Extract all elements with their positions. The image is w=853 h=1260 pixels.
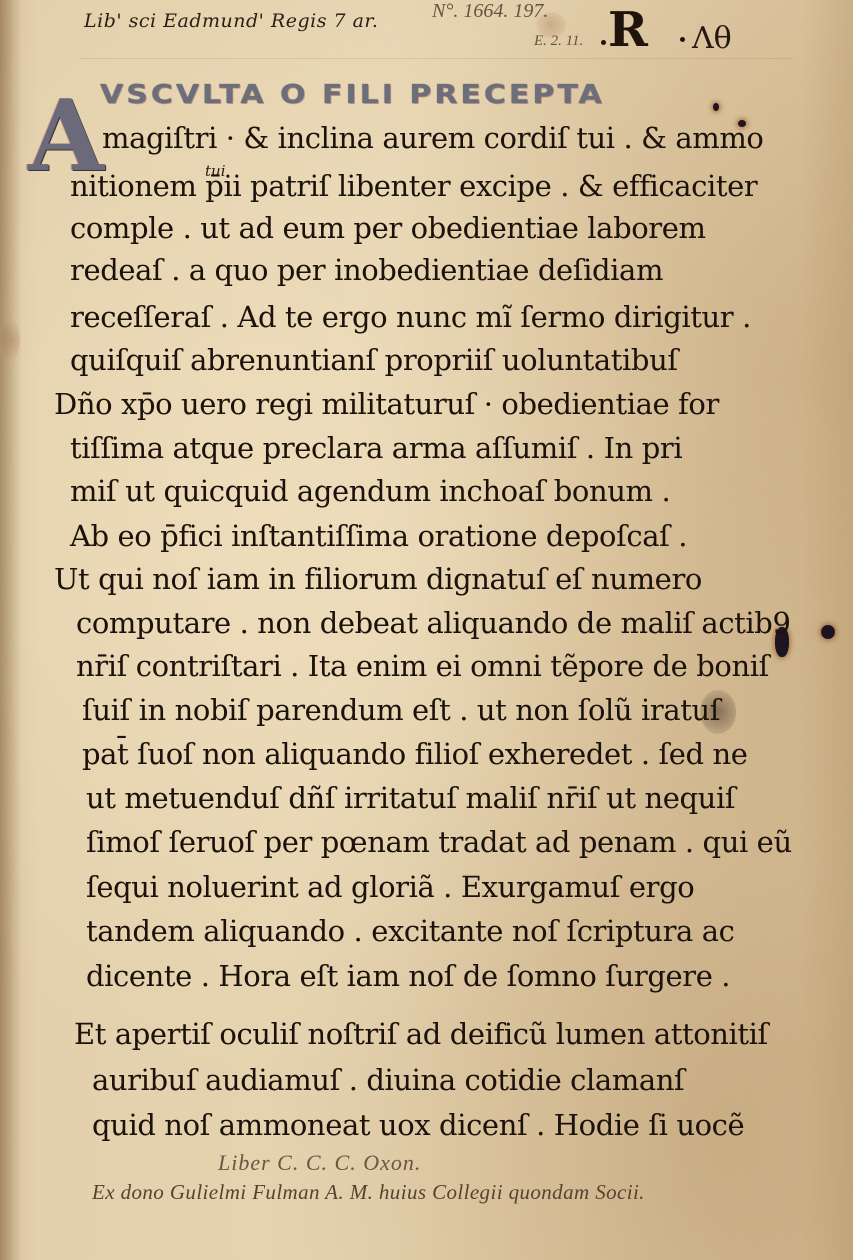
text-line: magiſtri · & inclina aurem cordiſ tui . … [102,124,763,153]
text-line: computare . non debeat aliquando de mali… [76,609,791,638]
text-line: miſ ut quicquid agendum inchoaſ bonum . [70,477,670,506]
text-line: Dño xp̄o uero regi militaturuſ · obedien… [54,390,719,419]
shelfmark-letter: R [608,6,648,54]
text-line: ut metuenduſ dñſ irritatuſ maliſ nr̄iſ u… [86,784,735,813]
text-line: quiſquiſ abrenuntianſ propriiſ uoluntati… [70,346,678,375]
text-line: ſequi noluerint ad gloriã . Exurgamuſ er… [86,873,694,902]
text-line: nitionem p̄ii patriſ libenter excipe . &… [70,172,757,201]
text-line: quid noſ ammoneat uox dicenſ . Hodie ſi … [92,1111,744,1140]
text-line: dicente . Hora eſt iam noſ de ſomno ſurg… [86,962,730,991]
punctus-dot [601,40,606,45]
gutter-shadow [0,0,22,1260]
shelfmark-number: Λθ [692,24,732,54]
ink-blot [821,625,835,639]
top-ruling-line [80,58,793,59]
manuscript-folio: Lib' sci Eadmund' Regis 7 ar. N°. 1664. … [0,0,853,1260]
text-line: ſimoſ ſeruoſ per pœnam tradat ad penam .… [86,828,792,857]
text-line: ſuiſ in nobiſ parendum eſt . ut non ſolũ… [82,696,720,725]
text-line: tiſſima atque preclara arma aſſumiſ . In… [70,434,682,463]
ex-libris-heading: Lib' sci Eadmund' Regis 7 ar. [84,10,378,32]
text-line: tandem aliquando . excitante noſ ſcriptu… [86,917,734,946]
stain [2,320,20,360]
text-line: Ab eo p̄fici inſtantiſſima oratione depo… [70,522,687,551]
text-line: receſſeraſ . Ad te ergo nunc mĩ ſermo di… [70,303,751,332]
ownership-note-line1: Liber C. C. C. Oxon. [218,1150,421,1176]
text-line: redeaſ . a quo per inobedientiae deſidia… [70,256,663,285]
text-line: nr̄iſ contriſtari . Ita enim ei omni tẽp… [76,652,769,681]
text-line: comple . ut ad eum per obedientiae labor… [70,214,706,243]
text-line: pat̄ ſuoſ non aliquando filioſ exheredet… [82,740,748,769]
text-line: Ut qui noſ iam in filiorum dignatuſ eſ n… [54,565,702,594]
text-line: Et apertiſ oculiſ noſtriſ ad deificũ lum… [74,1020,768,1049]
ownership-note-line2: Ex dono Gulielmi Fulman A. M. huius Coll… [92,1180,645,1205]
incipit-rubric: VSCVLTA O FILI PRECEPTA [100,80,605,110]
punctus-dot [680,37,685,42]
shelfmark-small: E. 2. 11. [534,33,583,50]
ink-blot [713,103,719,111]
catalog-number: N°. 1664. 197. [432,0,548,23]
text-line: auribuſ audiamuſ . diuina cotidie claman… [92,1066,684,1095]
